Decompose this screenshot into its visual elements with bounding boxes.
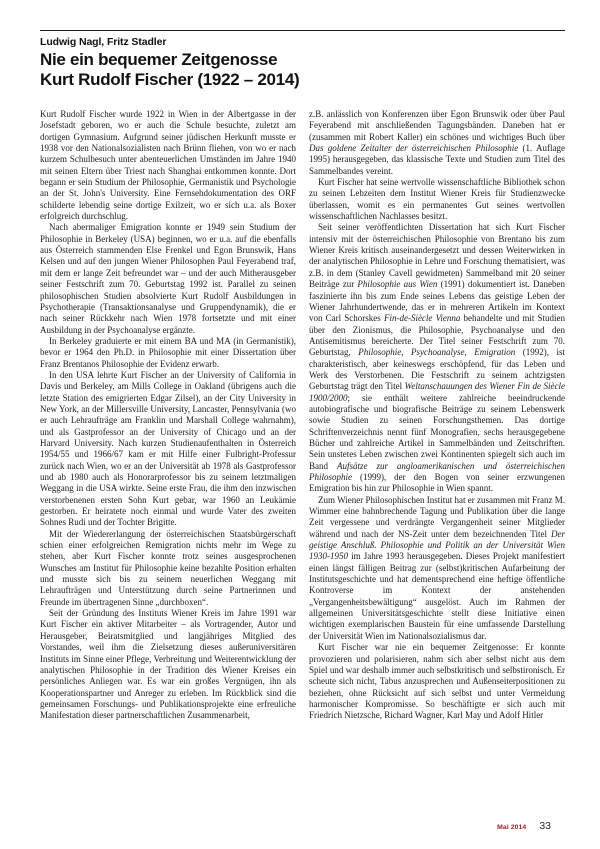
paragraph: In Berkeley graduierte er mit einem BA u…: [40, 336, 296, 370]
column-left: Kurt Rudolf Fischer wurde 1922 in Wien i…: [40, 109, 296, 806]
paragraph: In den USA lehrte Kurt Fischer an der Un…: [40, 370, 296, 529]
paragraph: z.B. anlässlich von Konferenzen über Ego…: [309, 109, 565, 177]
paragraph: Kurt Fischer hat seine wertvolle wissens…: [309, 177, 565, 222]
page-container: Ludwig Nagl, Fritz Stadler Nie ein beque…: [40, 30, 565, 806]
paragraph: Nach abermaliger Emigration konnte er 19…: [40, 222, 296, 335]
article-body: Kurt Rudolf Fischer wurde 1922 in Wien i…: [40, 109, 565, 806]
page-number: 33: [539, 820, 551, 832]
issue-date: Mai 2014: [497, 824, 526, 831]
title-line-1: Nie ein bequemer Zeitgenosse: [40, 50, 565, 70]
title-line-2: Kurt Rudolf Fischer (1922 – 2014): [40, 70, 565, 90]
paragraph: Mit der Wiedererlangung der österreichis…: [40, 529, 296, 608]
paragraph: Kurt Fischer war nie ein bequemer Zeitge…: [309, 642, 565, 721]
page-footer: Mai 2014 33: [497, 820, 551, 832]
paragraph: Zum Wiener Philosophischen Institut hat …: [309, 495, 565, 642]
paragraph: Kurt Rudolf Fischer wurde 1922 in Wien i…: [40, 109, 296, 222]
page-title: Nie ein bequemer Zeitgenosse Kurt Rudolf…: [40, 50, 565, 89]
paragraph: Seit der Gründung des Instituts Wiener K…: [40, 608, 296, 721]
header-divider: [40, 30, 565, 31]
paragraph: Seit seiner veröffentlichten Dissertatio…: [309, 222, 565, 494]
column-right: z.B. anlässlich von Konferenzen über Ego…: [309, 109, 565, 806]
authors: Ludwig Nagl, Fritz Stadler: [40, 36, 565, 49]
